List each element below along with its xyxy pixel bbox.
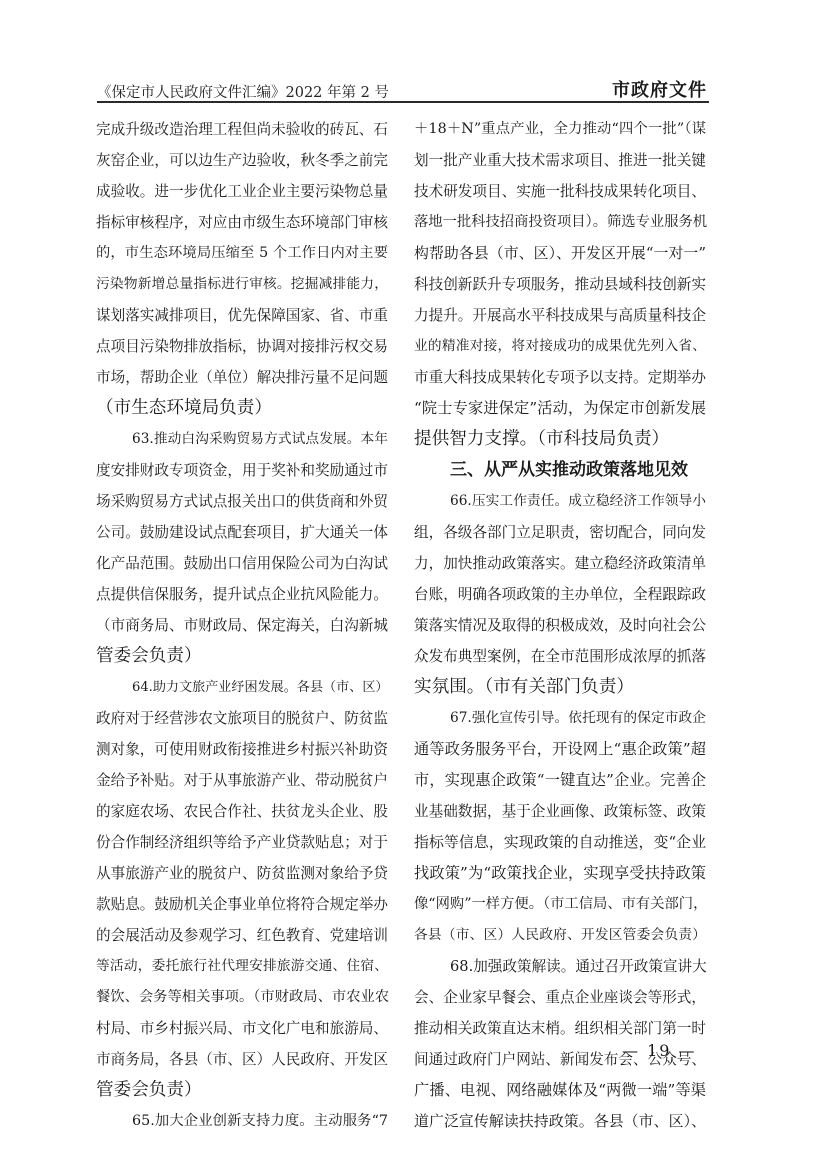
text-line: 落地一批科技招商投资项目）。筛选专业服务机: [414, 207, 706, 238]
text-line: 市，实现惠企政策“一键直达”企业。完善企: [414, 765, 706, 796]
text-line: 市商务局，各县（市、区）人民政府、开发区: [96, 1044, 388, 1075]
text-line: ＋18＋N”重点产业，全力推动“四个一批”（谋: [414, 114, 706, 145]
text-line: 场采购贸易方式试点报关出口的供货商和外贸: [96, 486, 388, 517]
text-line: 谋划落实减排项目，优先保障国家、省、市重: [96, 300, 388, 331]
text-line: 广播、电视、网络融媒体及“两微一端”等渠: [414, 1075, 706, 1106]
text-line: “院士专家进保定”活动，为保定市创新发展: [414, 393, 706, 424]
text-line: 等活动，委托旅行社代理安排旅游交通、住宿、: [96, 951, 388, 982]
text-line: 会、企业家早餐会、重点企业座谈会等形式，: [414, 982, 706, 1013]
text-line: 管委会负责）: [96, 641, 388, 672]
text-line: 完成升级改造治理工程但尚未验收的砖瓦、石: [96, 114, 388, 145]
text-line: 道广泛宣传解读扶持政策。各县（市、区）、: [414, 1106, 706, 1137]
text-line: 餐饮、会务等相关事项。（市财政局、市农业农: [96, 982, 388, 1013]
section-label: 市政府文件: [612, 76, 707, 102]
text-line: 63.推动白沟采购贸易方式试点发展。本年: [96, 424, 388, 455]
text-line: 成验收。进一步优化工业企业主要污染物总量: [96, 176, 388, 207]
text-line: 点提供信保服务，提升试点企业抗风险能力。: [96, 579, 388, 610]
text-line: 市场，帮助企业（单位）解决排污量不足问题: [96, 362, 388, 393]
text-line: 力，加快推动政策落实。建立稳经济政策清单: [414, 548, 706, 579]
text-line: 化产品范围。鼓励出口信用保险公司为白沟试: [96, 548, 388, 579]
text-line: 众发布典型案例，在全市范围形成浓厚的抓落: [414, 641, 706, 672]
text-line: 的家庭农场、农民合作社、扶贫龙头企业、股: [96, 796, 388, 827]
text-line: 像“网购”一样方便。（市工信局、市有关部门，: [414, 889, 706, 920]
text-line: 提供智力支撑。（市科技局负责）: [414, 424, 706, 455]
text-line: 污染物新增总量指标进行审核。挖掘减排能力，: [96, 269, 388, 300]
text-line: 业基础数据，基于企业画像、政策标签、政策: [414, 796, 706, 827]
text-line: 构帮助各县（市、区）、开发区开展“一对一”: [414, 238, 706, 269]
text-line: 市重大科技成果转化专项予以支持。定期举办: [414, 362, 706, 393]
text-line: 灰窑企业，可以边生产边验收，秋冬季之前完: [96, 145, 388, 176]
text-line: 64.助力文旅产业纾困发展。各县（市、区）: [96, 672, 388, 703]
text-line: 的会展活动及参观学习、红色教育、党建培训: [96, 920, 388, 951]
text-line: （市生态环境局负责）: [96, 393, 388, 424]
text-line: 策落实情况及取得的积极成效，及时向社会公: [414, 610, 706, 641]
publication-title: 《保定市人民政府文件汇编》2022 年第 2 号: [97, 81, 389, 102]
text-line: （市商务局、市财政局、保定海关，白沟新城: [96, 610, 388, 641]
text-line: 点项目污染物排放指标，协调对接排污权交易: [96, 331, 388, 362]
text-line: 各县（市、区）人民政府、开发区管委会负责）: [414, 920, 706, 951]
right-text-column: ＋18＋N”重点产业，全力推动“四个一批”（谋划一批产业重大技术需求项目、推进一…: [414, 114, 706, 1137]
text-line: 67.强化宣传引导。依托现有的保定市政企: [414, 703, 706, 734]
page-number: — 19 —: [622, 1041, 697, 1060]
text-line: 公司。鼓励建设试点配套项目，扩大通关一体: [96, 517, 388, 548]
text-line: 66.压实工作责任。成立稳经济工作领导小: [414, 486, 706, 517]
text-line: 的，市生态环境局压缩至 5 个工作日内对主要: [96, 238, 388, 269]
section-heading: 三、从严从实推动政策落地见效: [414, 455, 706, 486]
text-line: 划一批产业重大技术需求项目、推进一批关键: [414, 145, 706, 176]
text-line: 组，各级各部门立足职责，密切配合，同向发: [414, 517, 706, 548]
text-line: 科技创新跃升专项服务，推动县域科技创新实: [414, 269, 706, 300]
text-line: 管委会负责）: [96, 1075, 388, 1106]
text-line: 度安排财政专项资金，用于奖补和奖励通过市: [96, 455, 388, 486]
text-line: 指标审核程序，对应由市级生态环境部门审核: [96, 207, 388, 238]
text-line: 业的精准对接，将对接成功的成果优先列入省、: [414, 331, 706, 362]
text-line: 政府对于经营涉农文旅项目的脱贫户、防贫监: [96, 703, 388, 734]
text-line: 技术研发项目、实施一批科技成果转化项目、: [414, 176, 706, 207]
left-text-column: 完成升级改造治理工程但尚未验收的砖瓦、石灰窑企业，可以边生产边验收，秋冬季之前完…: [96, 114, 388, 1137]
text-line: 68.加强政策解读。通过召开政策宣讲大: [414, 951, 706, 982]
text-line: 份合作制经济组织等给予产业贷款贴息；对于: [96, 827, 388, 858]
text-line: 金给予补贴。对于从事旅游产业、带动脱贫户: [96, 765, 388, 796]
text-line: 实氛围。（市有关部门负责）: [414, 672, 706, 703]
text-line: 款贴息。鼓励机关企事业单位将符合规定举办: [96, 889, 388, 920]
running-header: 《保定市人民政府文件汇编》2022 年第 2 号 市政府文件: [97, 76, 709, 102]
text-line: 台账，明确各项政策的主办单位，全程跟踪政: [414, 579, 706, 610]
header-divider: [97, 101, 709, 103]
text-line: 65.加大企业创新支持力度。主动服务“7: [96, 1106, 388, 1137]
text-line: 通等政务服务平台，开设网上“惠企政策”超: [414, 734, 706, 765]
text-line: 力提升。开展高水平科技成果与高质量科技企: [414, 300, 706, 331]
text-line: 测对象，可使用财政衔接推进乡村振兴补助资: [96, 734, 388, 765]
text-line: 村局、市乡村振兴局、市文化广电和旅游局、: [96, 1013, 388, 1044]
text-line: 指标等信息，实现政策的自动推送，变“企业: [414, 827, 706, 858]
text-line: 从事旅游产业的脱贫户、防贫监测对象给予贷: [96, 858, 388, 889]
text-line: 找政策”为“政策找企业，实现享受扶持政策: [414, 858, 706, 889]
text-line: 推动相关政策直达末梢。组织相关部门第一时: [414, 1013, 706, 1044]
